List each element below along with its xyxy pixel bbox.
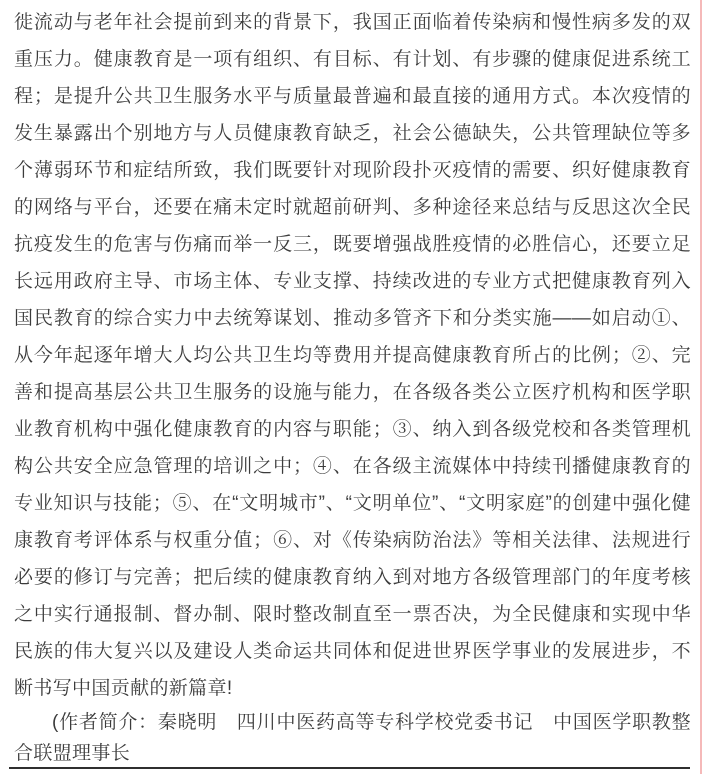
article-paragraph: 徙流动与老年社会提前到来的背景下，我国正面临着传染病和慢性病多发的双重压力。健康…: [14, 4, 691, 707]
author-note: (作者简介：秦晓明 四川中医药高等专科学校党委书记 中国医学职教整合联盟理事长: [14, 707, 691, 769]
page-right-border: [700, 0, 702, 774]
bottom-divider: [9, 767, 690, 769]
article-page: 徙流动与老年社会提前到来的背景下，我国正面临着传染病和慢性病多发的双重压力。健康…: [0, 0, 706, 774]
article-body: 徙流动与老年社会提前到来的背景下，我国正面临着传染病和慢性病多发的双重压力。健康…: [14, 4, 691, 769]
